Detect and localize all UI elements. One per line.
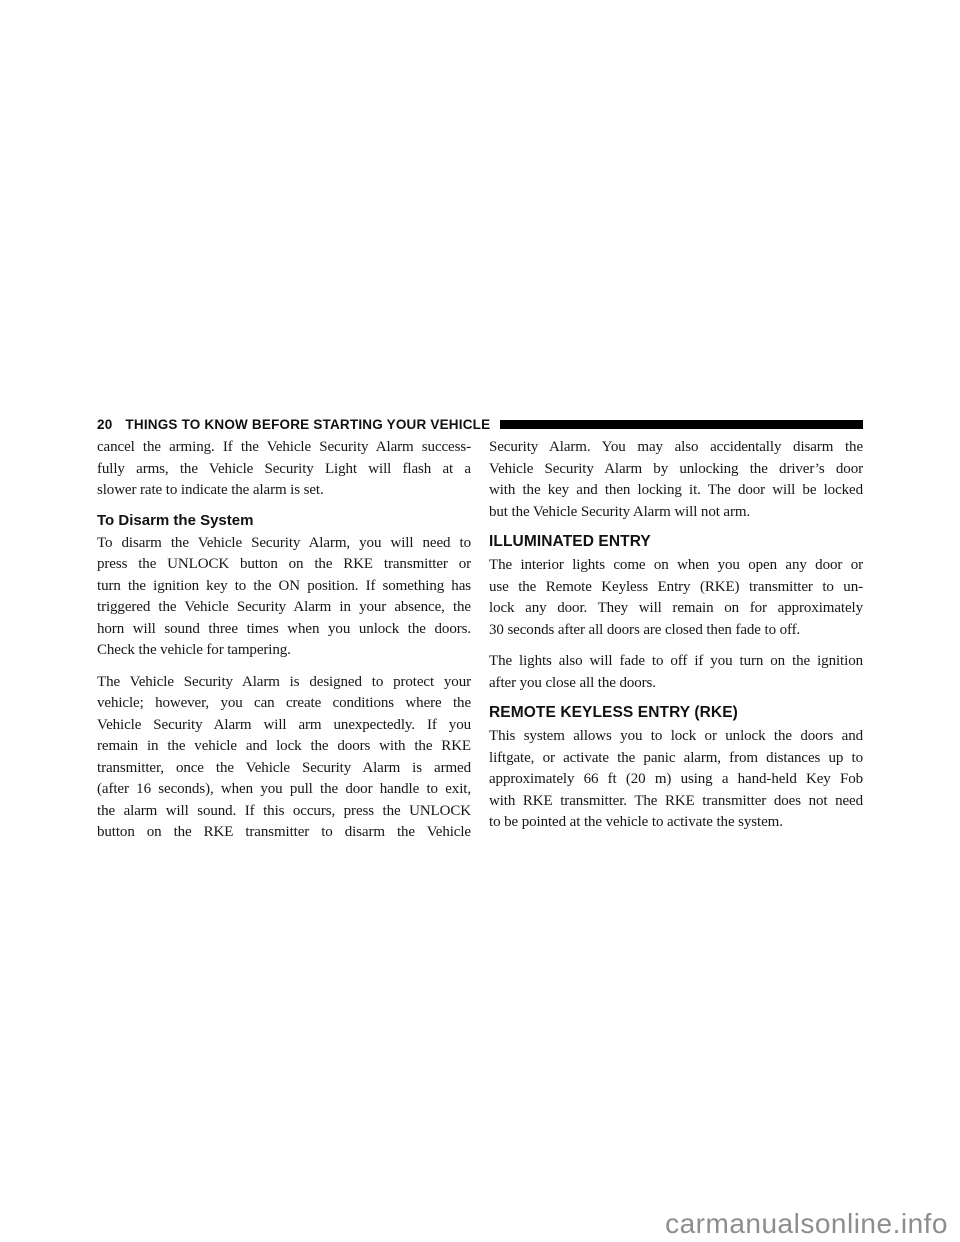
watermark-text: carmanualsonline.info (665, 1209, 948, 1239)
text-line: use the Remote Keyless Entry (RKE) trans… (489, 577, 863, 599)
paragraph-alarm-designed-to-protect: The Vehicle Security Alarm is designed t… (97, 672, 471, 844)
chapter-title: THINGS TO KNOW BEFORE STARTING YOUR VEHI… (125, 417, 490, 432)
text-line: remain in the vehicle and lock the doors… (97, 736, 471, 758)
paragraph-lights-fade-off: The lights also will fade to off if you … (489, 651, 863, 694)
manual-page: 20 THINGS TO KNOW BEFORE STARTING YOUR V… (0, 0, 960, 1242)
header-rule-bar (500, 420, 863, 429)
text-line: but the Vehicle Security Alarm will not … (489, 502, 863, 524)
text-line: Vehicle Security Alarm will arm unexpect… (97, 715, 471, 737)
text-line: horn will sound three times when you unl… (97, 619, 471, 641)
text-line: liftgate, or activate the panic alarm, f… (489, 748, 863, 770)
text-line: To disarm the Vehicle Security Alarm, yo… (97, 533, 471, 555)
text-line: with RKE transmitter. The RKE transmitte… (489, 791, 863, 813)
text-line: lock any door. They will remain on for a… (489, 598, 863, 620)
text-line: Security Alarm. You may also accidentall… (489, 437, 863, 459)
text-line: fully arms, the Vehicle Security Light w… (97, 459, 471, 481)
text-line: approximately 66 ft (20 m) using a hand-… (489, 769, 863, 791)
section-heading-illuminated-entry: ILLUMINATED ENTRY (489, 533, 863, 551)
text-line: The interior lights come on when you ope… (489, 555, 863, 577)
text-line: vehicle; however, you can create conditi… (97, 693, 471, 715)
text-line: press the UNLOCK button on the RKE trans… (97, 554, 471, 576)
text-line: to be pointed at the vehicle to activate… (489, 812, 863, 834)
text-line: slower rate to indicate the alarm is set… (97, 480, 471, 502)
paragraph-cancel-arming: cancel the arming. If the Vehicle Securi… (97, 437, 471, 502)
paragraph-interior-lights: The interior lights come on when you ope… (489, 555, 863, 641)
text-line: button on the RKE transmitter to disarm … (97, 822, 471, 844)
page-number: 20 (97, 417, 112, 432)
text-line: The lights also will fade to off if you … (489, 651, 863, 673)
text-line: The Vehicle Security Alarm is designed t… (97, 672, 471, 694)
text-line: triggered the Vehicle Security Alarm in … (97, 597, 471, 619)
text-line: cancel the arming. If the Vehicle Securi… (97, 437, 471, 459)
two-column-text-block: cancel the arming. If the Vehicle Securi… (97, 437, 863, 854)
text-line: turn the ignition key to the ON position… (97, 576, 471, 598)
text-line: 30 seconds after all doors are closed th… (489, 620, 863, 642)
left-column: cancel the arming. If the Vehicle Securi… (97, 437, 471, 854)
text-line: the alarm will sound. If this occurs, pr… (97, 801, 471, 823)
text-line: Vehicle Security Alarm by unlocking the … (489, 459, 863, 481)
paragraph-how-to-disarm: To disarm the Vehicle Security Alarm, yo… (97, 533, 471, 662)
page-content: 20 THINGS TO KNOW BEFORE STARTING YOUR V… (97, 417, 863, 854)
section-heading-remote-keyless-entry: REMOTE KEYLESS ENTRY (RKE) (489, 704, 863, 722)
text-line: after you close all the doors. (489, 673, 863, 695)
text-line: Check the vehicle for tampering. (97, 640, 471, 662)
subheading-to-disarm-the-system: To Disarm the System (97, 512, 471, 529)
paragraph-security-alarm-continued: Security Alarm. You may also accidentall… (489, 437, 863, 523)
paragraph-rke-system-description: This system allows you to lock or unlock… (489, 726, 863, 834)
text-line: This system allows you to lock or unlock… (489, 726, 863, 748)
running-header: 20 THINGS TO KNOW BEFORE STARTING YOUR V… (97, 417, 863, 432)
text-line: with the key and then locking it. The do… (489, 480, 863, 502)
text-line: (after 16 seconds), when you pull the do… (97, 779, 471, 801)
text-line: transmitter, once the Vehicle Security A… (97, 758, 471, 780)
right-column: Security Alarm. You may also accidentall… (489, 437, 863, 854)
